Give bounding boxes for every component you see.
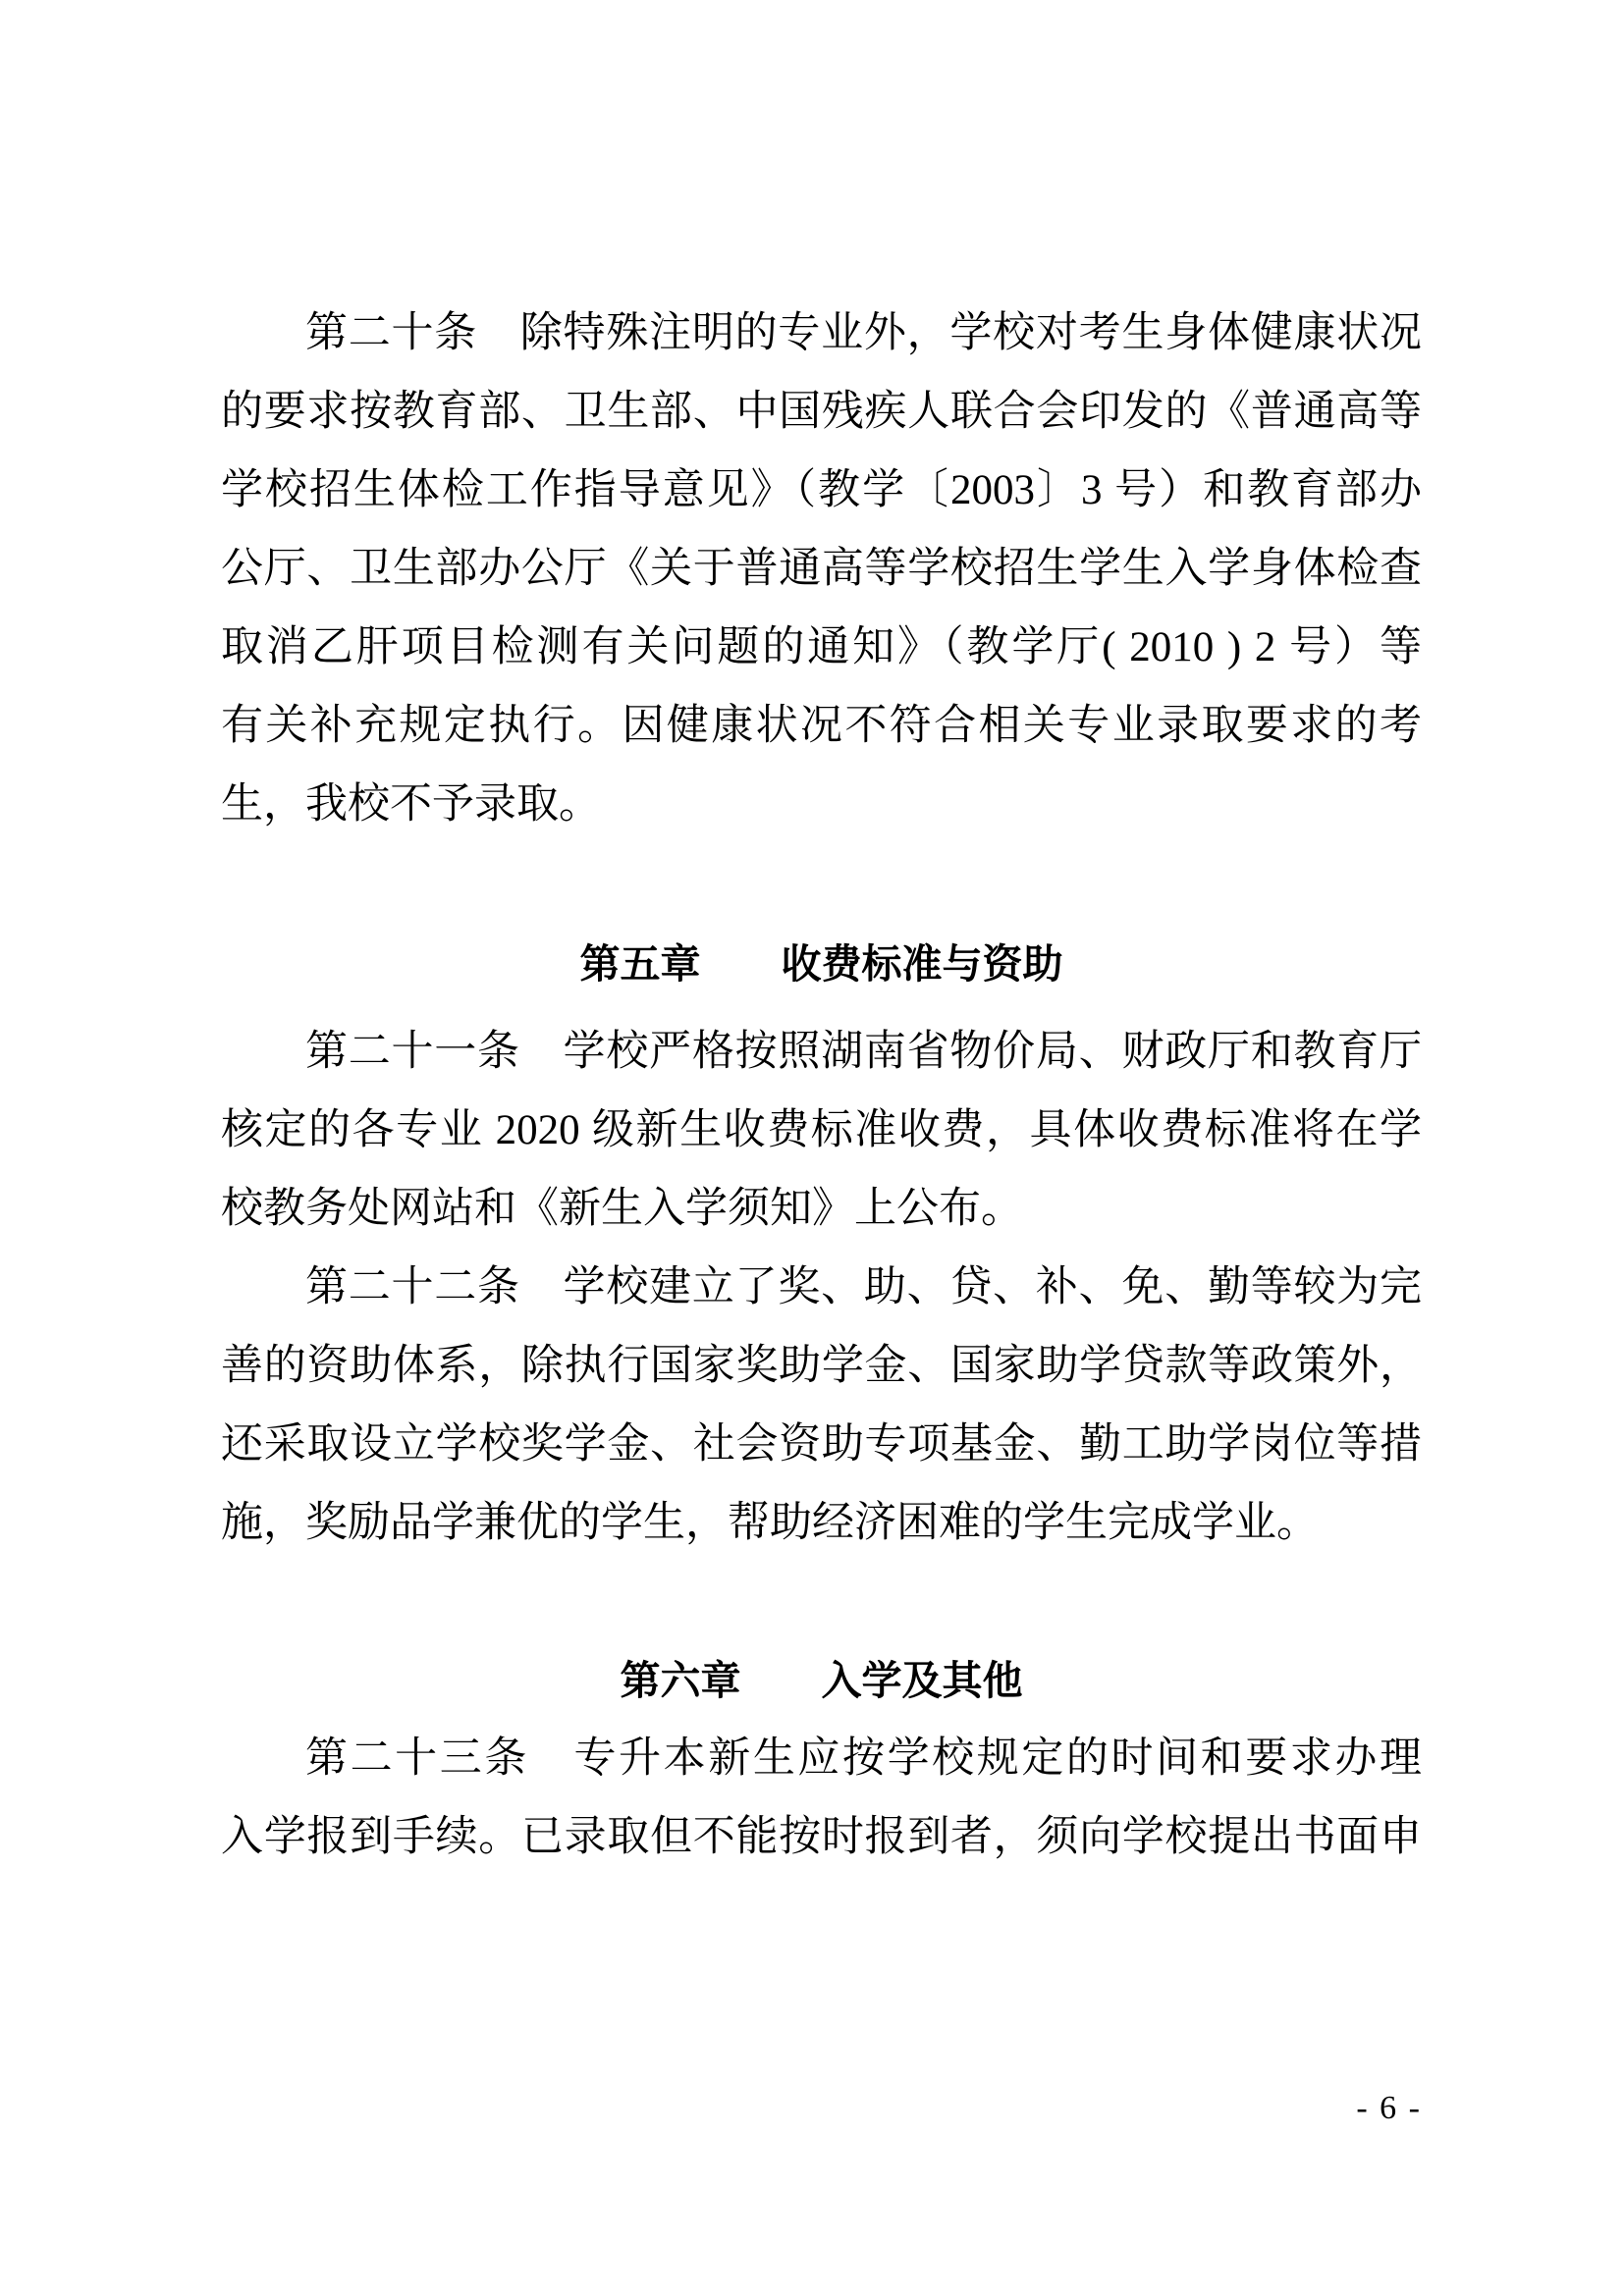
text-line: 施，奖励品学兼优的学生，帮助经济困难的学生完成学业。 [221, 1484, 1422, 1563]
document-page: 第二十条 除特殊注明的专业外，学校对考生身体健康状况 的要求按教育部、卫生部、中… [0, 0, 1624, 2296]
text-line: 取消乙肝项目检测有关问题的通知》（教学厅( 2010 ) 2 号）等 [221, 609, 1422, 687]
text-line: 的要求按教育部、卫生部、中国残疾人联合会印发的《普通高等 [221, 373, 1422, 452]
text-line: 还采取设立学校奖学金、社会资助专项基金、勤工助学岗位等措 [221, 1406, 1422, 1484]
text-line: 公厅、卫生部办公厅《关于普通高等学校招生学生入学身体检查 [221, 530, 1422, 609]
text-line: 第二十一条 学校严格按照湖南省物价局、财政厅和教育厅 [221, 1013, 1422, 1092]
text-line: 第二十三条 专升本新生应按学校规定的时间和要求办理 [221, 1720, 1422, 1798]
text-line: 学校招生体检工作指导意见》（教学〔2003〕3 号）和教育部办 [221, 452, 1422, 530]
page-number: - 6 - [1356, 2087, 1422, 2130]
text-line: 校教务处网站和《新生入学须知》上公布。 [221, 1170, 1422, 1249]
article-23-paragraph: 第二十三条 专升本新生应按学校规定的时间和要求办理 入学报到手续。已录取但不能按… [221, 1720, 1422, 1877]
article-21-paragraph: 第二十一条 学校严格按照湖南省物价局、财政厅和教育厅 核定的各专业 2020 级… [221, 1013, 1422, 1249]
text-line: 生，我校不予录取。 [221, 766, 1422, 844]
text-line: 第二十二条 学校建立了奖、助、贷、补、免、勤等较为完 [221, 1249, 1422, 1327]
text-line: 有关补充规定执行。因健康状况不符合相关专业录取要求的考 [221, 687, 1422, 766]
text-line: 善的资助体系，除执行国家奖助学金、国家助学贷款等政策外， [221, 1327, 1422, 1406]
text-line: 入学报到手续。已录取但不能按时报到者，须向学校提出书面申 [221, 1798, 1422, 1877]
text-line: 核定的各专业 2020 级新生收费标准收费，具体收费标准将在学 [221, 1092, 1422, 1170]
article-20-paragraph: 第二十条 除特殊注明的专业外，学校对考生身体健康状况 的要求按教育部、卫生部、中… [221, 294, 1422, 844]
article-22-paragraph: 第二十二条 学校建立了奖、助、贷、补、免、勤等较为完 善的资助体系，除执行国家奖… [221, 1249, 1422, 1563]
chapter-6-heading: 第六章 入学及其他 [221, 1641, 1422, 1720]
text-line: 第二十条 除特殊注明的专业外，学校对考生身体健康状况 [221, 294, 1422, 373]
chapter-5-heading: 第五章 收费标准与资助 [221, 925, 1422, 1003]
